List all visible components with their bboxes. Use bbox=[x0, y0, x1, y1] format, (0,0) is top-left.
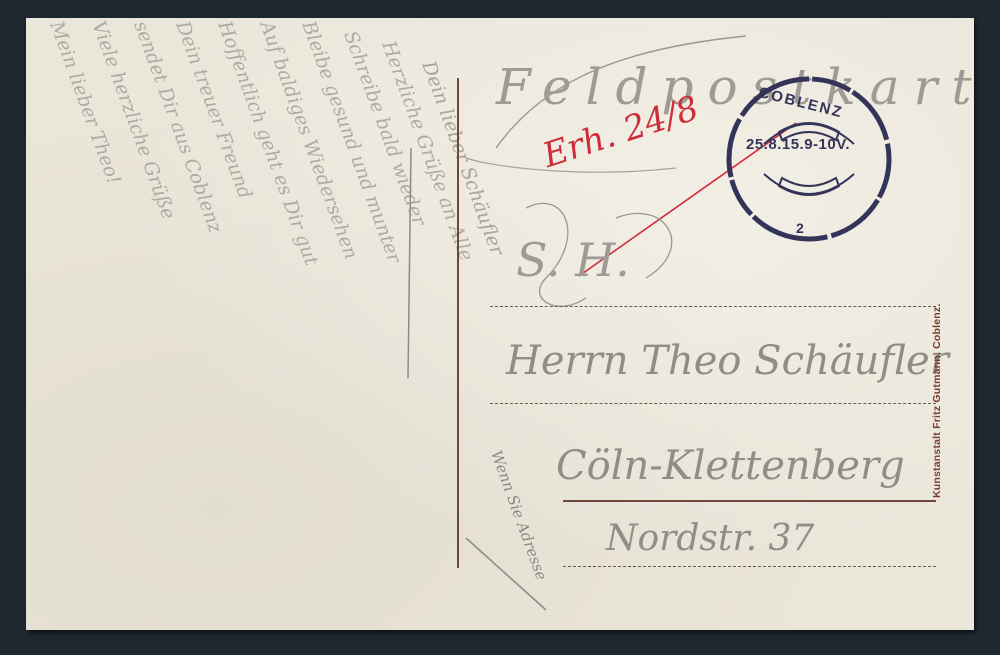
address-line-3 bbox=[563, 500, 936, 502]
postmark-number: 2 bbox=[796, 220, 804, 236]
address-city: Cöln-Klettenberg bbox=[556, 443, 905, 489]
postmark-date: 25.8.15.9-10V. bbox=[746, 136, 850, 153]
address-line-1 bbox=[490, 306, 936, 307]
publisher-imprint: Kunstanstalt Fritz Gutmann, Coblenz. bbox=[931, 304, 943, 498]
vertical-divider bbox=[457, 78, 459, 568]
address-salutation: S. H. bbox=[516, 233, 630, 287]
postcard: Mein lieber Theo! Viele herzliche Grüße … bbox=[26, 18, 974, 630]
address-line-4 bbox=[563, 566, 936, 567]
address-street: Nordstr. 37 bbox=[606, 518, 814, 559]
address-line-2 bbox=[490, 403, 936, 404]
address-name: Herrn Theo Schäufler bbox=[506, 338, 949, 384]
